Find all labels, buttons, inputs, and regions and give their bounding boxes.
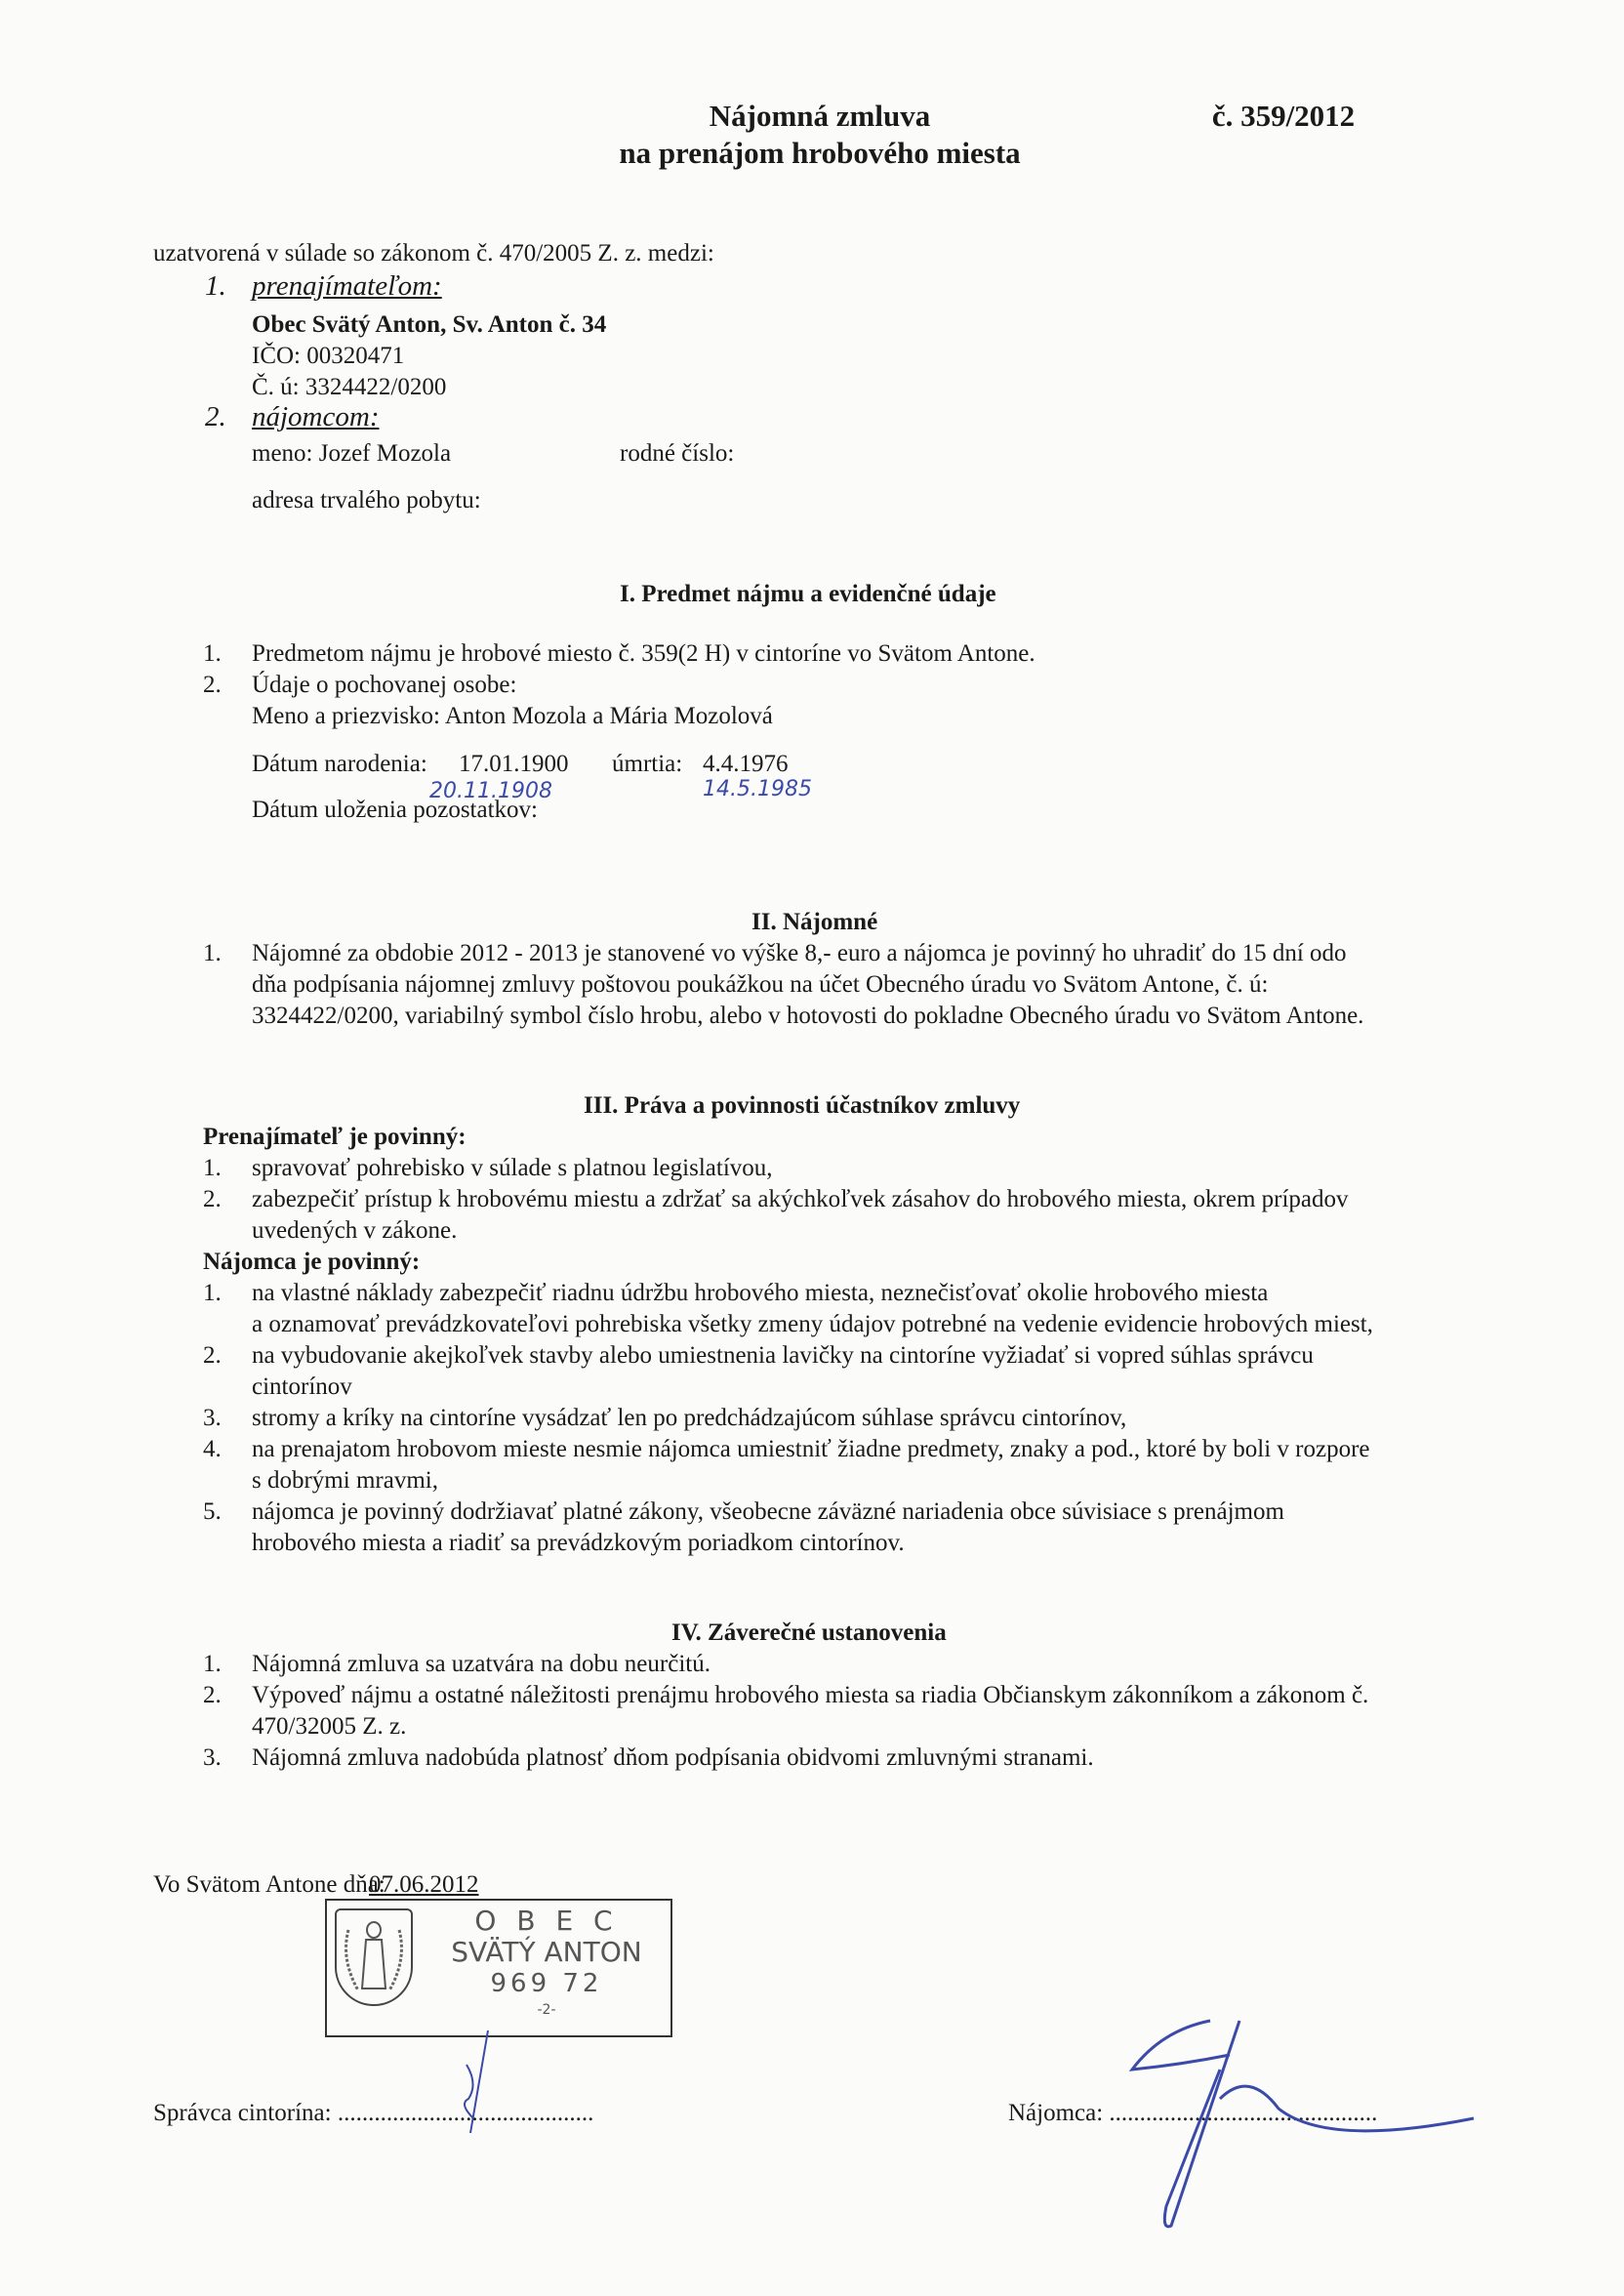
- coat-of-arms-icon: [335, 1908, 413, 2006]
- lessee-duty-2-line-1: na vybudovanie akejkoľvek stavby alebo u…: [252, 1341, 1314, 1371]
- stamp-line-2: SVÄTÝ ANTON: [425, 1936, 669, 1968]
- s4-item2-number: 2.: [203, 1681, 222, 1710]
- deceased-names: Meno a priezvisko: Anton Mozola a Mária …: [252, 702, 773, 731]
- lessor-account: Č. ú: 3324422/0200: [252, 373, 446, 402]
- lessor-duty-2-number: 2.: [203, 1185, 222, 1214]
- lessee-duty-5-line-2: hrobového miesta a riadiť sa prevádzkový…: [252, 1529, 905, 1558]
- intro-text: uzatvorená v súlade so zákonom č. 470/20…: [153, 239, 714, 268]
- contract-number: č. 359/2012: [1186, 98, 1381, 135]
- address-label: adresa trvalého pobytu:: [252, 486, 481, 515]
- lessee-duty-3-number: 3.: [203, 1404, 222, 1433]
- death-label: úmrtia:: [612, 750, 682, 779]
- lessee-duty-4-line-1: na prenajatom hrobovom mieste nesmie náj…: [252, 1435, 1370, 1464]
- lessee-duty-2-line-2: cintorínov: [252, 1373, 352, 1402]
- lessee-duty-5-line-1: nájomca je povinný dodržiavať platné zák…: [252, 1497, 1284, 1527]
- stamp-line-3: 969 72: [425, 1969, 669, 1998]
- s1-item1-text: Predmetom nájmu je hrobové miesto č. 359…: [252, 639, 1035, 669]
- lessor-duty-1-number: 1.: [203, 1154, 222, 1183]
- death-value: 4.4.1976: [703, 750, 789, 779]
- birth-value: 17.01.1900: [459, 750, 569, 779]
- section-4-heading: IV. Záverečné ustanovenia: [671, 1619, 947, 1648]
- s4-item3-number: 3.: [203, 1743, 222, 1773]
- handwritten-death-date: 14.5.1985: [703, 777, 812, 801]
- lessor-duty-1: spravovať pohrebisko v súlade s platnou …: [252, 1154, 773, 1183]
- lessor-duties-heading: Prenajímateľ je povinný:: [203, 1123, 467, 1152]
- lessee-duty-5-number: 5.: [203, 1497, 222, 1527]
- lessor-duty-2-line-1: zabezpečiť prístup k hrobovému miestu a …: [252, 1185, 1349, 1214]
- lessor-duty-2-line-2: uvedených v zákone.: [252, 1216, 457, 1246]
- s4-item1-number: 1.: [203, 1650, 222, 1679]
- place-date-label: Vo Svätom Antone dňa:: [153, 1870, 386, 1900]
- lessee-signature-icon: [1015, 2011, 1522, 2235]
- stamp-line-1: O B E C: [425, 1905, 669, 1937]
- stamp-line-4: -2-: [425, 2002, 669, 2018]
- section-3-heading: III. Práva a povinnosti účastníkov zmluv…: [584, 1091, 1020, 1121]
- lessee-duties-heading: Nájomca je povinný:: [203, 1248, 420, 1277]
- s1-item2-text: Údaje o pochovanej osobe:: [252, 671, 516, 700]
- birth-label: Dátum narodenia:: [252, 750, 427, 779]
- s1-item1-number: 1.: [203, 639, 222, 669]
- s2-line-2: dňa podpísania nájomnej zmluvy poštovou …: [252, 970, 1268, 1000]
- burial-date-label: Dátum uloženia pozostatkov:: [252, 796, 538, 825]
- lessor-ico: IČO: 00320471: [252, 342, 404, 371]
- s4-item2-line-2: 470/32005 Z. z.: [252, 1712, 406, 1742]
- birth-number-label: rodné číslo:: [620, 439, 734, 469]
- title-line-2: na prenájom hrobového miesta: [586, 135, 1054, 172]
- lessee-duty-1-line-2: a oznamovať prevádzkovateľovi pohrebiska…: [252, 1310, 1373, 1339]
- administrator-signature-line: Správca cintorína: .....................…: [153, 2099, 593, 2128]
- title-line-1: Nájomná zmluva: [586, 98, 1054, 135]
- s2-line-3: 3324422/0200, variabilný symbol číslo hr…: [252, 1002, 1363, 1031]
- lessor-name: Obec Svätý Anton, Sv. Anton č. 34: [252, 310, 606, 340]
- party-1-number: 1.: [205, 271, 226, 301]
- contract-date: 07.06.2012: [369, 1870, 479, 1900]
- lessee-duty-4-line-2: s dobrými mravmi,: [252, 1466, 438, 1496]
- lessee-duty-2-number: 2.: [203, 1341, 222, 1371]
- lessee-duty-4-number: 4.: [203, 1435, 222, 1464]
- lessee-duty-3: stromy a kríky na cintoríne vysádzať len…: [252, 1404, 1126, 1433]
- lessee-duty-1-number: 1.: [203, 1279, 222, 1308]
- s4-item3: Nájomná zmluva nadobúda platnosť dňom po…: [252, 1743, 1094, 1773]
- lessee-label: nájomcom:: [252, 402, 379, 431]
- s1-item2-number: 2.: [203, 671, 222, 700]
- municipal-stamp: O B E C SVÄTÝ ANTON 969 72 -2-: [325, 1899, 672, 2037]
- s2-item1-number: 1.: [203, 939, 222, 968]
- s4-item1: Nájomná zmluva sa uzatvára na dobu neurč…: [252, 1650, 710, 1679]
- section-2-heading: II. Nájomné: [751, 908, 877, 937]
- lessor-label: prenajímateľom:: [252, 271, 442, 301]
- party-2-number: 2.: [205, 402, 226, 431]
- s2-line-1: Nájomné za obdobie 2012 - 2013 je stanov…: [252, 939, 1347, 968]
- section-1-heading: I. Predmet nájmu a evidenčné údaje: [620, 580, 996, 609]
- lessee-duty-1-line-1: na vlastné náklady zabezpečiť riadnu údr…: [252, 1279, 1268, 1308]
- lessee-name: meno: Jozef Mozola: [252, 439, 451, 469]
- s4-item2-line-1: Výpoveď nájmu a ostatné náležitosti pren…: [252, 1681, 1368, 1710]
